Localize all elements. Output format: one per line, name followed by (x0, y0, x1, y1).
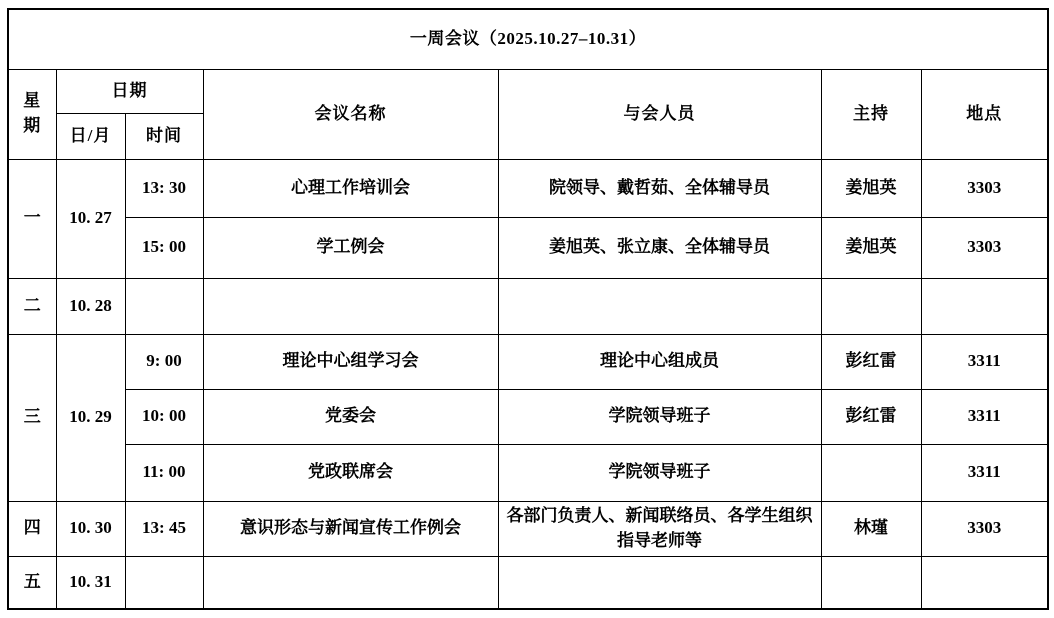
host-cell: 姜旭英 (821, 217, 921, 278)
table-row: 五 10. 31 (8, 556, 1048, 609)
location-cell (921, 556, 1048, 609)
weekly-meeting-document: 一周会议（2025.10.27–10.31） 星期 日期 会议名称 与会人员 主… (0, 0, 1054, 618)
header-host: 主持 (821, 69, 921, 159)
meeting-cell: 学工例会 (203, 217, 498, 278)
meeting-cell (203, 556, 498, 609)
attendees-cell (498, 278, 821, 334)
weekday-cell: 四 (8, 501, 56, 556)
time-cell: 15: 00 (125, 217, 203, 278)
attendees-cell: 学院领导班子 (498, 444, 821, 501)
table-row: 一 10. 27 13: 30 心理工作培训会 院领导、戴哲茹、全体辅导员 姜旭… (8, 159, 1048, 217)
host-cell: 彭红雷 (821, 389, 921, 444)
host-cell: 彭红雷 (821, 334, 921, 389)
time-cell: 13: 30 (125, 159, 203, 217)
header-weekday: 星期 (8, 69, 56, 159)
time-cell (125, 556, 203, 609)
header-day-month: 日/月 (56, 113, 125, 159)
time-cell: 10: 00 (125, 389, 203, 444)
location-cell: 3311 (921, 444, 1048, 501)
location-cell: 3303 (921, 159, 1048, 217)
weekday-cell: 五 (8, 556, 56, 609)
host-cell (821, 278, 921, 334)
table-row: 三 10. 29 9: 00 理论中心组学习会 理论中心组成员 彭红雷 3311 (8, 334, 1048, 389)
location-cell (921, 278, 1048, 334)
meeting-cell: 理论中心组学习会 (203, 334, 498, 389)
header-meeting-name: 会议名称 (203, 69, 498, 159)
date-cell: 10. 28 (56, 278, 125, 334)
host-cell (821, 556, 921, 609)
weekly-meeting-table: 一周会议（2025.10.27–10.31） 星期 日期 会议名称 与会人员 主… (7, 8, 1049, 610)
header-date-group: 日期 (56, 69, 203, 113)
location-cell: 3303 (921, 217, 1048, 278)
meeting-cell: 党政联席会 (203, 444, 498, 501)
meeting-cell: 意识形态与新闻宣传工作例会 (203, 501, 498, 556)
attendees-cell: 院领导、戴哲茹、全体辅导员 (498, 159, 821, 217)
meeting-cell: 心理工作培训会 (203, 159, 498, 217)
table-row: 四 10. 30 13: 45 意识形态与新闻宣传工作例会 各部门负责人、新闻联… (8, 501, 1048, 556)
attendees-cell: 姜旭英、张立康、全体辅导员 (498, 217, 821, 278)
table-row: 10: 00 党委会 学院领导班子 彭红雷 3311 (8, 389, 1048, 444)
header-time: 时间 (125, 113, 203, 159)
header-attendees: 与会人员 (498, 69, 821, 159)
attendees-cell: 各部门负责人、新闻联络员、各学生组织指导老师等 (498, 501, 821, 556)
host-cell: 林瑾 (821, 501, 921, 556)
meeting-cell (203, 278, 498, 334)
page-title: 一周会议（2025.10.27–10.31） (8, 9, 1048, 69)
date-cell: 10. 29 (56, 334, 125, 501)
date-cell: 10. 31 (56, 556, 125, 609)
location-cell: 3311 (921, 334, 1048, 389)
weekday-cell: 一 (8, 159, 56, 278)
time-cell: 13: 45 (125, 501, 203, 556)
weekday-cell: 二 (8, 278, 56, 334)
date-cell: 10. 27 (56, 159, 125, 278)
date-cell: 10. 30 (56, 501, 125, 556)
attendees-cell (498, 556, 821, 609)
time-cell (125, 278, 203, 334)
table-row: 二 10. 28 (8, 278, 1048, 334)
host-cell: 姜旭英 (821, 159, 921, 217)
host-cell (821, 444, 921, 501)
meeting-cell: 党委会 (203, 389, 498, 444)
table-row: 15: 00 学工例会 姜旭英、张立康、全体辅导员 姜旭英 3303 (8, 217, 1048, 278)
attendees-cell: 理论中心组成员 (498, 334, 821, 389)
location-cell: 3311 (921, 389, 1048, 444)
attendees-cell: 学院领导班子 (498, 389, 821, 444)
location-cell: 3303 (921, 501, 1048, 556)
table-row: 11: 00 党政联席会 学院领导班子 3311 (8, 444, 1048, 501)
weekday-cell: 三 (8, 334, 56, 501)
time-cell: 9: 00 (125, 334, 203, 389)
header-location: 地点 (921, 69, 1048, 159)
time-cell: 11: 00 (125, 444, 203, 501)
